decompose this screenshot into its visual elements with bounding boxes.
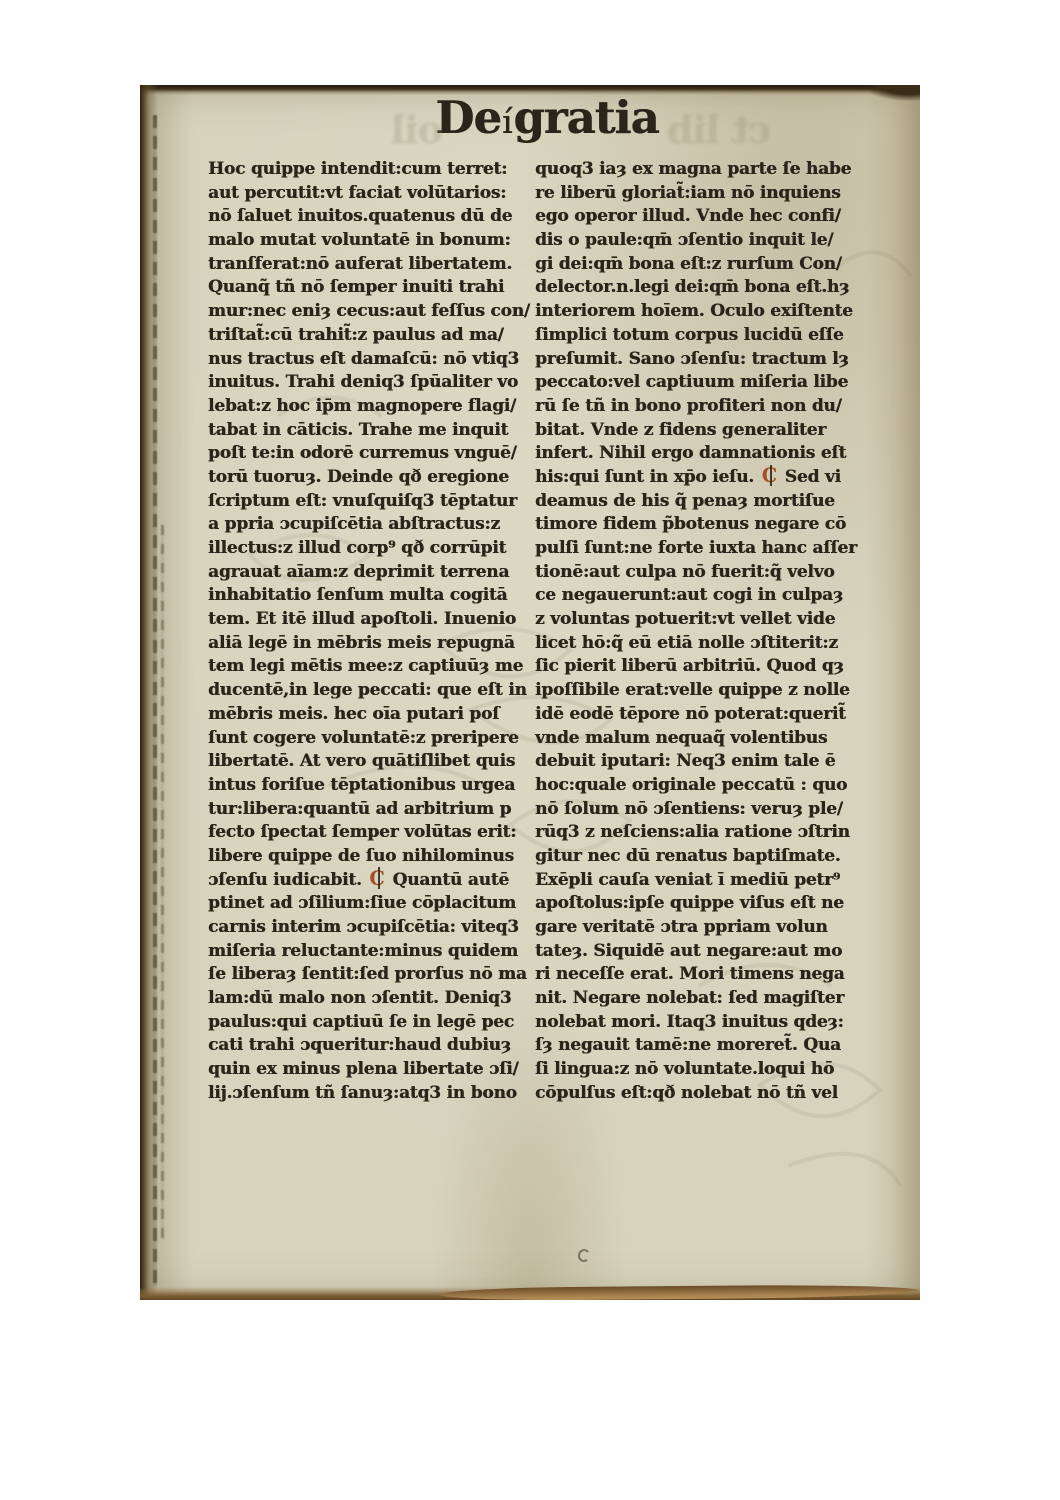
text-line: tateȝ. Siquidē aut negare:aut mo	[535, 940, 869, 964]
text-line: aut percutit:vt faciat volūtarios:	[208, 182, 542, 206]
text-line: gitur nec dū renatus baptiſmate.	[535, 845, 869, 869]
text-line: nolebat mori. Itaq3 inuitus qdeȝ:	[535, 1011, 869, 1035]
text-line: bitat. Vnde z fidens generaliter	[535, 419, 869, 443]
text-line: ſe liberaȝ ſentit:ſed prorſus nō ma	[208, 963, 542, 987]
text-line: illectus:z illud corp⁹ qð corrūpit	[208, 537, 542, 561]
text-line: fecto ſpectat ſemper volūtas erit:	[208, 821, 542, 845]
text-line: licet hō:q̃ eū etiā nolle ɔſtiterit:z	[535, 632, 869, 656]
gutter-streak	[153, 115, 157, 1286]
text-line: idē eodē tēpore nō poterat:querit̃	[535, 703, 869, 727]
text-line: lij.ɔſenſum tñ ſanuȝ:atq3 in bono	[208, 1082, 542, 1106]
text-line: z voluntas potuerit:vt vellet vide	[535, 608, 869, 632]
ink-speck	[577, 1248, 591, 1263]
text-line: paulus:qui captiuū ſe in legē pec	[208, 1011, 542, 1035]
text-line: agrauat aīam:z deprimit terrena	[208, 561, 542, 585]
text-line: lebat:z hoc ip̄m magnopere flagi/	[208, 395, 542, 419]
text-line: a ppria ɔcupiſcētia abſtractus:z	[208, 513, 542, 537]
text-line: ſi lingua:z nō voluntate.loqui hō	[535, 1058, 869, 1082]
text-line: malo mutat voluntatē in bonum:	[208, 229, 542, 253]
text-line: gare veritatē ɔtra ppriam volun	[535, 916, 869, 940]
text-line: triſtat̃:cū trahit̃:z paulus ad ma/	[208, 324, 542, 348]
running-head-word-gratia: gratia	[513, 91, 658, 144]
text-column-left: Hoc quippe intendit:cum terret:aut percu…	[208, 158, 542, 1106]
text-line: timore fidem p̃botenus negare cō	[535, 513, 869, 537]
text-line: ſic pierit liberū arbitriū. Quod qȝ	[535, 655, 869, 679]
text-line: Exēpli cauſa veniat ī mediū petr⁹	[535, 869, 869, 893]
text-line: nō ſolum nō ɔſentiens: veruȝ ple/	[535, 798, 869, 822]
gutter-streak-inner	[161, 525, 164, 1240]
text-line: cati trahi ɔqueritur:haud dubiuȝ	[208, 1034, 542, 1058]
text-line: ɔſenſu iudicabit. C Quantū autē	[208, 869, 542, 893]
text-line: torū tuoruȝ. Deinde qð eregione	[208, 466, 542, 490]
text-line: ducentē,in lege peccati: que eſt in	[208, 679, 542, 703]
text-line: nō ſaluet inuitos.quatenus dū de	[208, 205, 542, 229]
text-line: Quanq̃ tñ nō ſemper inuiti trahi	[208, 276, 542, 300]
book-page: oil ct lib Deígratia Hoc quippe intendit…	[140, 85, 920, 1300]
text-line: tem legi mētis mee:z captiuūȝ me	[208, 655, 542, 679]
text-line: pulſi ſunt:ne forte iuxta hanc aſſer	[535, 537, 869, 561]
text-line: apoſtolus:ipſe quippe viſus eſt ne	[535, 892, 869, 916]
text-line: gi dei:qm̄ bona eſt:z rurſum Con/	[535, 253, 869, 277]
text-line: nit. Negare nolebat: ſed magiſter	[535, 987, 869, 1011]
rubric-paragraph-mark: C	[367, 869, 386, 889]
text-line: carnis interim ɔcupiſcētia: viteq3	[208, 916, 542, 940]
text-line: re liberū gloriat̃:iam nō inquiens	[535, 182, 869, 206]
text-line: miſeria reluctante:minus quidem	[208, 940, 542, 964]
text-line: rū ſe tñ in bono profiteri non du/	[535, 395, 869, 419]
text-line: mur:nec eniȝ cecus:aut feſſus con/	[208, 300, 542, 324]
scan-canvas: { "colors":{ "background":"#ffffff", "pa…	[0, 0, 1060, 1500]
page-edge-gutter	[140, 85, 158, 1300]
text-line: tur:libera:quantū ad arbitrium p	[208, 798, 542, 822]
text-line: rūq3 z neſciens:alia ratione ɔſtrin	[535, 821, 869, 845]
text-line: ſȝ negauit tamē:ne moreret̃. Qua	[535, 1034, 869, 1058]
text-line: ſimplici totum corpus lucidū eſſe	[535, 324, 869, 348]
text-line: ego operor illud. Vnde hec confi/	[535, 205, 869, 229]
text-line: ptinet ad ɔſilium:ſiue cōplacitum	[208, 892, 542, 916]
text-line: inhabitatio ſenſum multa cogitā	[208, 584, 542, 608]
show-through-text-left: oil	[392, 107, 443, 152]
text-line: tranſferat:nō auferat libertatem.	[208, 253, 542, 277]
text-line: nus tractus eſt damaſcū: nō vtiq3	[208, 348, 542, 372]
text-line: delector.n.legi dei:qm̄ bona eſt.hȝ	[535, 276, 869, 300]
show-through-text-right: ct lib	[668, 107, 771, 152]
running-head-mark: í	[502, 103, 512, 141]
running-head-word-de: De	[435, 91, 501, 144]
text-line: preſumit. Sano ɔſenſu: tractum lȝ	[535, 348, 869, 372]
rubric-paragraph-mark: C	[760, 466, 779, 486]
running-head: oil ct lib Deígratia	[140, 91, 920, 144]
text-line: Hoc quippe intendit:cum terret:	[208, 158, 542, 182]
text-line: peccato:vel captiuum miſeria libe	[535, 371, 869, 395]
text-line: interiorem hoīem. Oculo exiſtente	[535, 300, 869, 324]
text-line: ſcriptum eſt: vnuſquiſq3 tēptatur	[208, 490, 542, 514]
text-line: inuitus. Trahi deniq3 ſpūaliter vo	[208, 371, 542, 395]
text-line: tem. Et itē illud apoſtoli. Inuenio	[208, 608, 542, 632]
text-line: ſunt cogere voluntatē:z preripere	[208, 727, 542, 751]
text-line: libertatē. At vero quātiſlibet quis	[208, 750, 542, 774]
text-line: intus foriſue tēptationibus urgea	[208, 774, 542, 798]
text-line: cōpulſus eſt:qð nolebat nō tñ vel	[535, 1082, 869, 1106]
text-line: aliā legē in mēbris meis repugnā	[208, 632, 542, 656]
text-line: infert. Nihil ergo damnationis eſt	[535, 442, 869, 466]
text-line: ipoſſibile erat:velle quippe z nolle	[535, 679, 869, 703]
text-line: libere quippe de ſuo nihilominus	[208, 845, 542, 869]
text-line: poſt te:in odorē curremus vnguē/	[208, 442, 542, 466]
text-line: lam:dū malo non ɔſentit. Deniq3	[208, 987, 542, 1011]
text-line: quoq3 iaȝ ex magna parte ſe habe	[535, 158, 869, 182]
text-line: tionē:aut culpa nō fuerit:q̃ velvo	[535, 561, 869, 585]
text-line: ri neceſſe erat. Mori timens nega	[535, 963, 869, 987]
text-line: vnde malum nequaq̃ volentibus	[535, 727, 869, 751]
text-line: dis o paule:qm̄ ɔſentio inquit le/	[535, 229, 869, 253]
text-line: hoc:quale originale peccatū : quo	[535, 774, 869, 798]
text-column-right: quoq3 iaȝ ex magna parte ſe habere liber…	[535, 158, 869, 1106]
text-line: ce negauerunt:aut cogi in culpaȝ	[535, 584, 869, 608]
text-line: his:qui ſunt in xp̄o ieſu. C Sed vi	[535, 466, 869, 490]
text-line: debuit iputari: Neq3 enim tale ē	[535, 750, 869, 774]
text-line: quin ex minus plena libertate ɔſi/	[208, 1058, 542, 1082]
text-line: deamus de his q̃ penaȝ mortiſue	[535, 490, 869, 514]
text-line: mēbris meis. hec oīa putari poſ	[208, 703, 542, 727]
text-line: tabat in cāticis. Trahe me inquit	[208, 419, 542, 443]
